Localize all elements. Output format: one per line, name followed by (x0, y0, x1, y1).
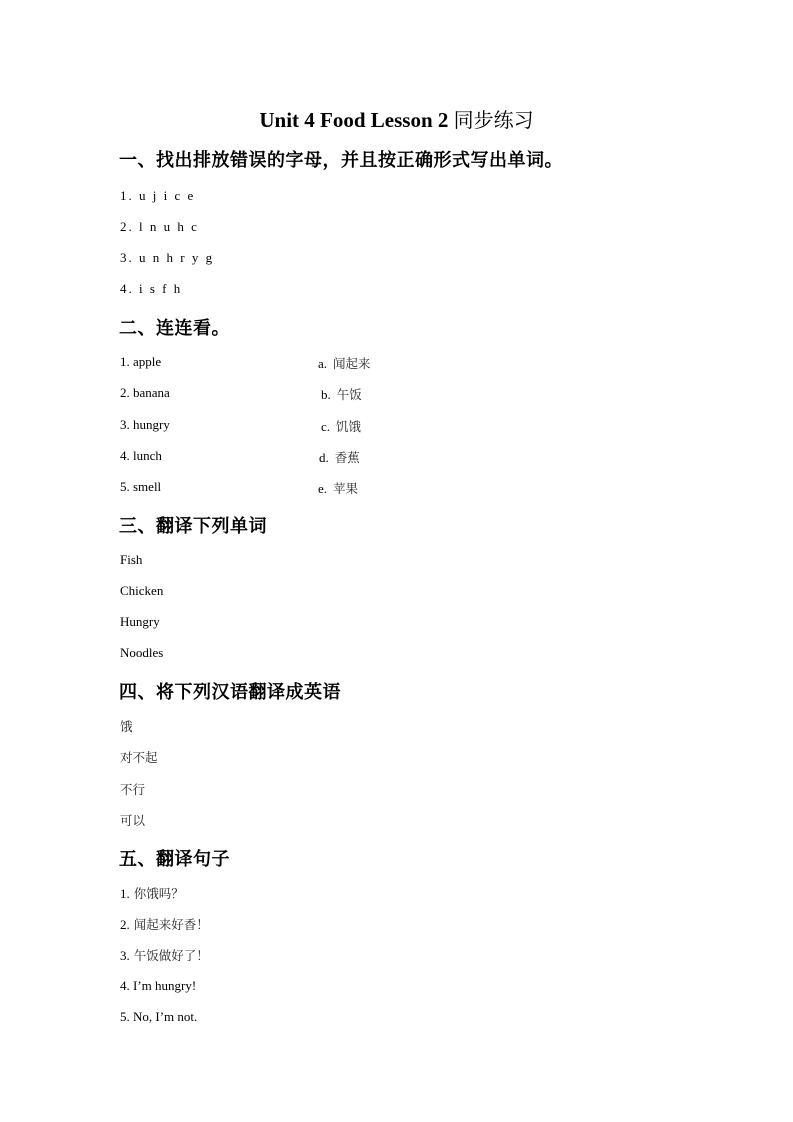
match-letter: e. (318, 481, 327, 496)
match-left-item: 3. hungry (120, 417, 170, 433)
s5-item: 3.午饭做好了！ (120, 946, 209, 964)
item-text: 你饿吗？ (134, 886, 184, 901)
match-left-item: 1. apple (120, 354, 161, 370)
section-1-heading: 一、找出排放错误的字母，并且按正确形式写出单词。 (119, 146, 563, 172)
s3-item: Hungry (120, 614, 160, 630)
s1-item: 3. u n h r y g (120, 250, 214, 266)
item-text: 午饭做好了！ (134, 948, 209, 963)
match-right-item: d.香蕉 (319, 448, 360, 466)
match-letter: c. (321, 419, 330, 434)
section-4-heading: 四、将下列汉语翻译成英语 (119, 678, 341, 704)
section-2-heading: 二、连连看。 (119, 314, 230, 340)
s1-item: 1. u j i c e (120, 188, 195, 204)
section-3-heading: 三、翻译下列单词 (119, 512, 267, 538)
item-number: 2. (120, 917, 130, 932)
title-chinese: 同步练习 (454, 108, 534, 132)
section-5-heading: 五、翻译句子 (119, 845, 230, 871)
document-title: Unit 4 Food Lesson 2 同步练习 (0, 104, 793, 133)
title-english: Unit 4 Food Lesson 2 (259, 108, 448, 132)
match-right-item: a.闻起来 (318, 354, 371, 372)
s5-item: 2.闻起来好香！ (120, 915, 209, 933)
s3-item: Chicken (120, 583, 163, 599)
s4-item: 饿 (120, 717, 133, 735)
match-word: 苹果 (333, 481, 358, 496)
match-word: 饥饿 (336, 419, 361, 434)
s4-item: 不行 (120, 780, 145, 798)
s5-item: 5. No, I’m not. (120, 1009, 197, 1025)
match-left-item: 5. smell (120, 479, 161, 495)
s4-item: 可以 (120, 811, 145, 829)
item-number: 1. (120, 886, 130, 901)
match-word: 午饭 (337, 387, 362, 402)
match-right-item: c.饥饿 (321, 417, 361, 435)
s1-item: 4. i s f h (120, 281, 182, 297)
match-right-item: b.午饭 (321, 385, 362, 403)
item-number: 3. (120, 948, 130, 963)
s3-item: Noodles (120, 645, 163, 661)
item-text: 闻起来好香！ (134, 917, 209, 932)
s1-item: 2. l n u h c (120, 219, 199, 235)
s4-item: 对不起 (120, 748, 158, 766)
match-letter: d. (319, 450, 329, 465)
match-letter: b. (321, 387, 331, 402)
match-word: 闻起来 (333, 356, 371, 371)
s5-item: 1.你饿吗？ (120, 884, 184, 902)
match-left-item: 4. lunch (120, 448, 162, 464)
match-right-item: e.苹果 (318, 479, 358, 497)
s3-item: Fish (120, 552, 142, 568)
match-left-item: 2. banana (120, 385, 170, 401)
s5-item: 4. I’m hungry! (120, 978, 196, 994)
match-word: 香蕉 (335, 450, 360, 465)
match-letter: a. (318, 356, 327, 371)
